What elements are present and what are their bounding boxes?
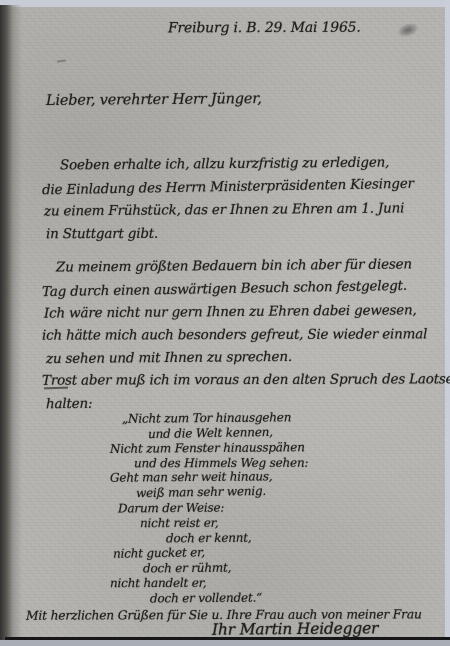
para1-line: die Einladung des Herrn Ministerpräsiden…	[42, 176, 414, 198]
para1-line: Soeben erhalte ich, allzu kurzfristig zu…	[60, 155, 389, 174]
poem-line: Geht man sehr weit hinaus,	[110, 469, 273, 484]
poem-line: weiß man sehr wenig.	[136, 484, 266, 500]
scanner-edge-bottom	[0, 640, 450, 646]
para3-line: Trost aber muß ich im voraus an den alte…	[42, 371, 450, 388]
poem-line: Nicht zum Fenster hinausspähen	[110, 440, 305, 456]
para2-line: Ich wäre nicht nur gern Ihnen zu Ehren d…	[44, 302, 417, 321]
salutation: Lieber, verehrter Herr Jünger,	[46, 91, 262, 109]
poem-line: nicht gucket er,	[113, 545, 205, 561]
para3-line: halten:	[46, 396, 92, 412]
poem-line: doch er kennt,	[166, 531, 252, 546]
poem-line: und des Himmels Weg sehen:	[134, 456, 308, 471]
dateline: Freiburg i. B. 29. Mai 1965.	[168, 20, 361, 37]
poem-line: und die Welt kennen,	[148, 425, 273, 441]
scanner-edge-right	[445, 0, 450, 646]
para2-line: Tag durch einen auswärtigen Besuch schon…	[42, 278, 407, 300]
scanner-edge-top	[0, 0, 450, 7]
para2-line: Zu meinem größten Bedauern bin ich aber …	[56, 256, 412, 275]
para2-line: zu sehen und mit Ihnen zu sprechen.	[46, 349, 292, 367]
poem-line: nicht handelt er,	[110, 576, 207, 590]
poem-line: nicht reist er,	[140, 516, 219, 530]
ink-smudge	[397, 21, 420, 39]
poem-line: „Nicht zum Tor hinausgehen	[122, 410, 291, 425]
para2-line: ich hätte mich auch besonders gefreut, S…	[42, 326, 427, 343]
poem-line: Darum der Weise:	[118, 501, 224, 516]
poem-line: doch er rühmt,	[143, 561, 231, 576]
signature: Ihr Martin Heidegger	[212, 619, 378, 638]
para1-line: zu einem Frühstück, das er Ihnen zu Ehre…	[44, 200, 404, 219]
poem-line: doch er vollendet.“	[150, 591, 262, 606]
para1-line: in Stuttgart gibt.	[46, 226, 158, 242]
book-gutter-shadow	[0, 5, 22, 646]
stray-mark	[57, 59, 66, 62]
scanned-letter-page: Freiburg i. B. 29. Mai 1965. Lieber, ver…	[0, 0, 450, 646]
